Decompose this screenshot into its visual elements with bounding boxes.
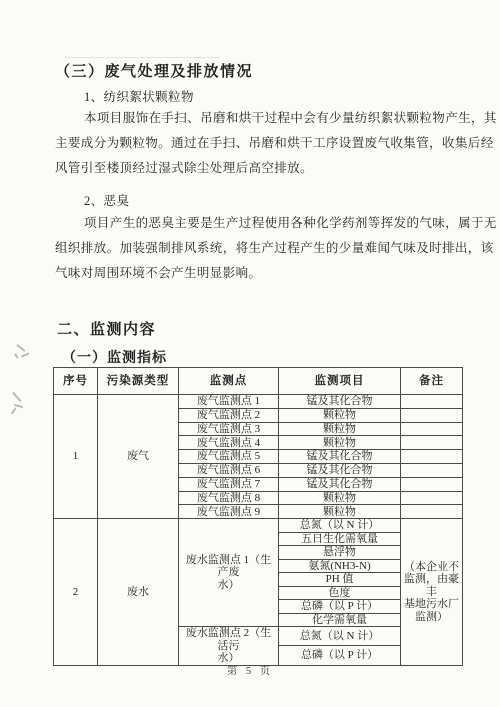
- water-item-cell: 氨氮(NH3-N): [279, 559, 401, 573]
- water-item-cell: 化学需氧量: [279, 613, 401, 627]
- gas-point-cell: 废气监测点 2: [179, 408, 279, 422]
- gas-point-cell: 废气监测点 5: [179, 450, 279, 464]
- paragraph-1-line: 本项目服饰在手扫、吊磨和烘干过程中会有少量纺织絮状颗粒物产生，其: [55, 106, 467, 131]
- gas-note-cell-empty: [401, 436, 463, 450]
- paragraph-1: 本项目服饰在手扫、吊磨和烘干过程中会有少量纺织絮状颗粒物产生，其 主要成分为颗粒…: [55, 106, 467, 181]
- water-note-cell: （本企业不 监测，由豪丰 基地污水厂 监测）: [401, 519, 463, 666]
- water-item-cell: PH 值: [279, 573, 401, 587]
- gas-point-cell: 废气监测点 6: [179, 463, 279, 477]
- paragraph-2-line: 气味对周围环境不会产生明显影响。: [55, 261, 467, 286]
- water-note-line: 基地污水厂: [403, 598, 460, 611]
- header-source-type: 污染源类型: [98, 368, 179, 395]
- gas-note-cell-empty: [401, 491, 463, 505]
- water-item-cell: 悬浮物: [279, 546, 401, 560]
- header-no: 序号: [54, 368, 98, 395]
- page-number: 第 5 页: [0, 663, 500, 678]
- header-note: 备注: [401, 368, 463, 395]
- water-point-1-line: 废水监测点 1（生产废: [181, 554, 276, 579]
- gas-note-cell-empty: [401, 477, 463, 491]
- section-3-title: （三）废气处理及排放情况: [55, 60, 253, 81]
- gas-item-cell: 锰及其化合物: [279, 450, 401, 464]
- paragraph-2: 项目产生的恶臭主要是生产过程使用各种化学药剂等挥发的气味，属于无 组织排放。加装…: [55, 211, 467, 286]
- water-point-1-cell: 废水监测点 1（生产废 水）: [179, 519, 279, 627]
- gas-item-cell: 锰及其化合物: [279, 477, 401, 491]
- water-point-2-line: 废水监测点 2（生活污: [181, 627, 276, 652]
- water-item-cell: 总磷（以 P 计）: [279, 600, 401, 614]
- gas-point-cell: 废气监测点 7: [179, 477, 279, 491]
- paragraph-1-line: 主要成分为颗粒物。通过在手扫、吊磨和烘干工序设置废气收集管，收集后经: [55, 131, 467, 156]
- gas-note-cell-empty: [401, 395, 463, 409]
- gas-note-cell-empty: [401, 505, 463, 519]
- gas-no-cell: 1: [54, 395, 98, 519]
- section-2-title: 二、监测内容: [57, 318, 156, 339]
- gas-item-cell: 锰及其化合物: [279, 395, 401, 409]
- gas-point-cell: 废气监测点 3: [179, 422, 279, 436]
- scan-smudge: [8, 392, 28, 416]
- gas-note-cell-empty: [401, 463, 463, 477]
- monitoring-table-wrapper: 序号 污染源类型 监测点 监测项目 备注 1 废气 废气监测点 1 锰及其化合物…: [53, 367, 463, 666]
- gas-item-cell: 颗粒物: [279, 422, 401, 436]
- gas-type-cell: 废气: [98, 395, 179, 519]
- table-header-row: 序号 污染源类型 监测点 监测项目 备注: [54, 368, 463, 395]
- water-no-cell: 2: [54, 519, 98, 666]
- table-row: 2 废水 废水监测点 1（生产废 水） 总氮（以 N 计） （本企业不 监测，由…: [54, 519, 463, 533]
- gas-item-cell: 锰及其化合物: [279, 463, 401, 477]
- gas-note-cell-empty: [401, 408, 463, 422]
- paragraph-2-line: 项目产生的恶臭主要是生产过程使用各种化学药剂等挥发的气味，属于无: [55, 211, 467, 236]
- gas-item-cell: 颗粒物: [279, 491, 401, 505]
- monitoring-table: 序号 污染源类型 监测点 监测项目 备注 1 废气 废气监测点 1 锰及其化合物…: [53, 367, 463, 666]
- gas-point-cell: 废气监测点 1: [179, 395, 279, 409]
- water-point-2-cell: 废水监测点 2（生活污 水）: [179, 627, 279, 666]
- header-point: 监测点: [179, 368, 279, 395]
- scan-streak: [65, 57, 220, 58]
- water-item-cell: 总氮（以 N 计）: [279, 519, 401, 533]
- scan-smudge: [12, 345, 32, 361]
- water-type-cell: 废水: [98, 519, 179, 666]
- water-note-line: 监测，由豪丰: [403, 573, 460, 598]
- header-item: 监测项目: [279, 368, 401, 395]
- water-note-line: 监测）: [403, 611, 460, 624]
- gas-item-cell: 颗粒物: [279, 505, 401, 519]
- water-item-cell: 总氮（以 N 计）: [279, 627, 401, 646]
- scanned-document-page: { "sections": { "s3_title": "（三）废气处理及排放情…: [0, 0, 500, 707]
- water-note-line: （本企业不: [403, 561, 460, 574]
- section-2-sub-1-title: （一）监测指标: [62, 347, 167, 367]
- paragraph-1-line: 风管引至楼顶经过湿式除尘处理后高空排放。: [55, 156, 467, 181]
- gas-item-cell: 颗粒物: [279, 436, 401, 450]
- gas-point-cell: 废气监测点 8: [179, 491, 279, 505]
- gas-item-cell: 颗粒物: [279, 408, 401, 422]
- water-item-cell: 色度: [279, 586, 401, 600]
- gas-point-cell: 废气监测点 4: [179, 436, 279, 450]
- gas-note-cell-empty: [401, 422, 463, 436]
- gas-point-cell: 废气监测点 9: [179, 505, 279, 519]
- paragraph-2-line: 组织排放。加装强制排风系统，将生产过程产生的少量难闻气味及时排出，该: [55, 236, 467, 261]
- water-point-1-line: 水）: [181, 579, 276, 592]
- table-row: 1 废气 废气监测点 1 锰及其化合物: [54, 395, 463, 409]
- gas-note-cell-empty: [401, 450, 463, 464]
- water-item-cell: 五日生化需氧量: [279, 532, 401, 546]
